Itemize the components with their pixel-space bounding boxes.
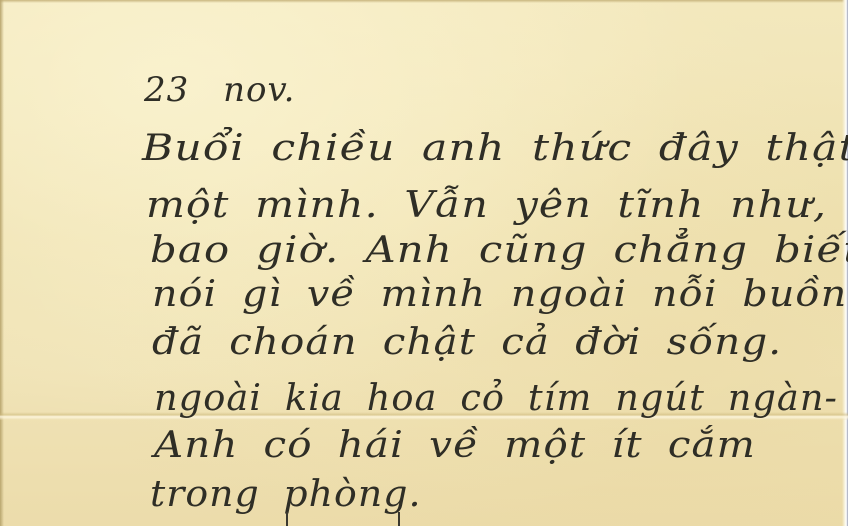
letter-page: 23 nov. Buổi chiều anh thức đây thật một… <box>0 0 848 526</box>
letter-line-7: Anh có hái về một ít cắm <box>154 425 756 466</box>
letter-line-2: một mình. Vẫn yên tĩnh như, <box>146 185 827 226</box>
letter-line-1: Buổi chiều anh thức đây thật <box>142 128 848 169</box>
letter-line-3: bao giờ. Anh cũng chẳng biết <box>150 230 848 271</box>
letter-line-8: trong phòng. <box>150 474 422 515</box>
next-line-ascenders <box>280 512 420 526</box>
handwritten-text: 23 nov. Buổi chiều anh thức đây thật một… <box>0 0 848 526</box>
letter-line-6: ngoài kia hoa cỏ tím ngút ngàn- <box>154 378 838 419</box>
letter-line-4: nói gì về mình ngoài nỗi buồn <box>152 274 847 315</box>
letter-date: 23 nov. <box>144 70 295 110</box>
letter-line-5: đã choán chật cả đời sống. <box>152 322 782 363</box>
